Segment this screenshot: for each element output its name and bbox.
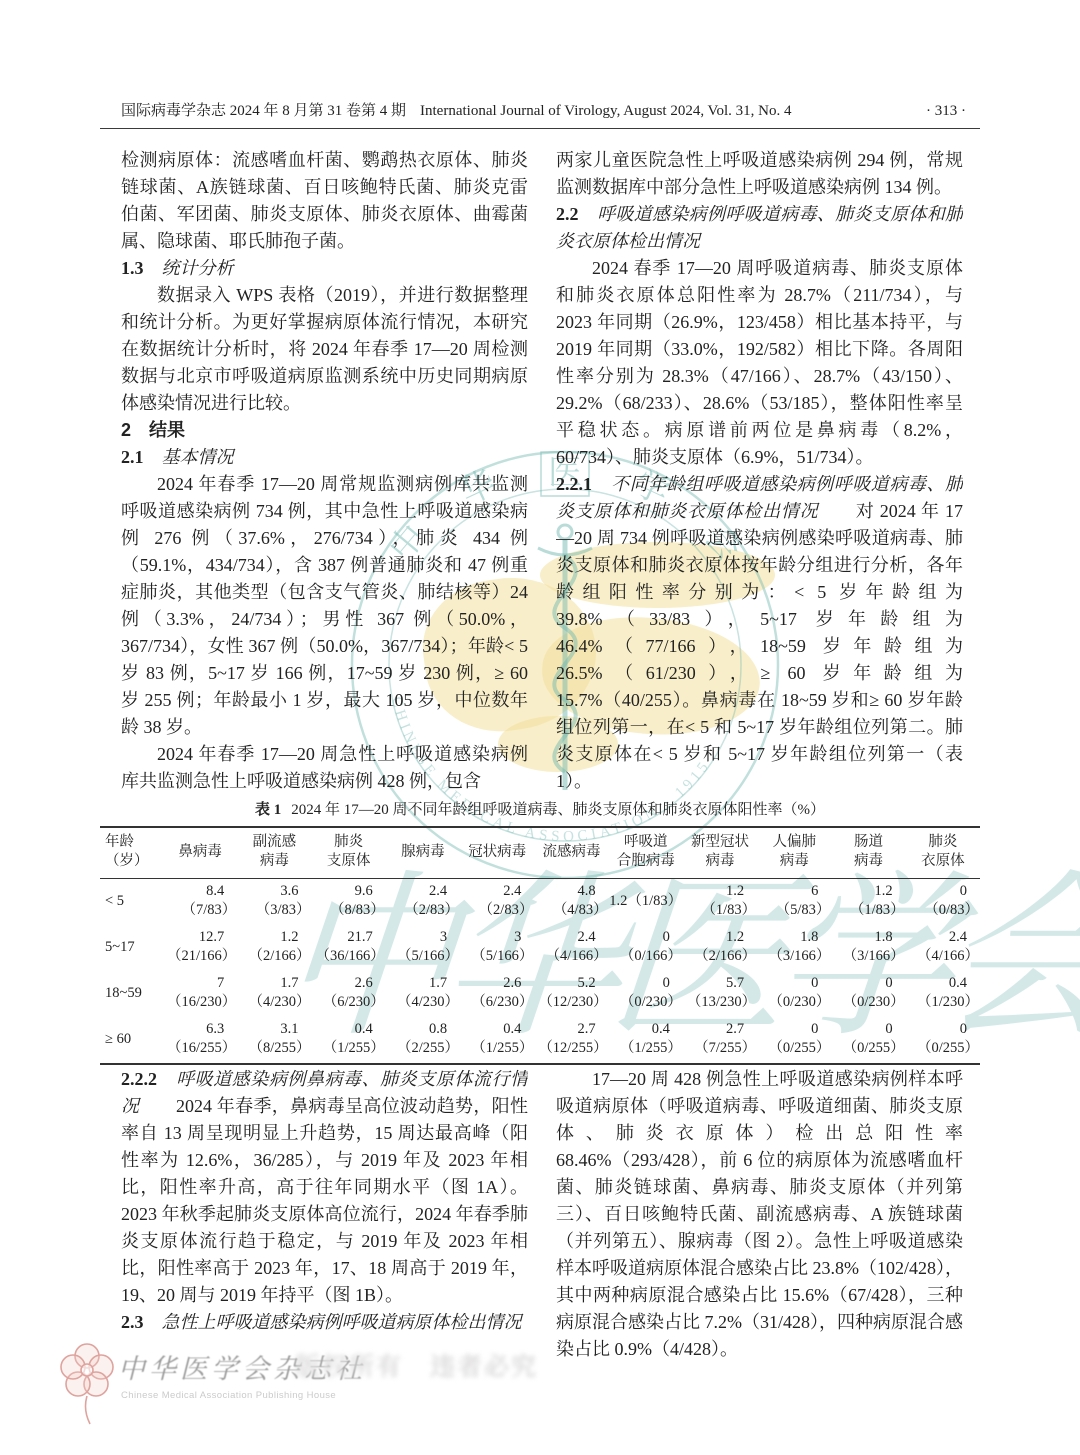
table-cell: 3（5/166） [460, 925, 534, 971]
table-row: 5~1712.7（21/166）1.2（2/166）21.7（36/166）3（… [100, 925, 980, 971]
text-run: 2024 春季 17—20 周呼吸道病毒、肺炎支原体和肺炎衣原体总阳性率为 28… [556, 258, 963, 467]
table-cell: 0（0/230） [757, 971, 831, 1017]
table-cell: 6（5/83） [757, 879, 831, 926]
table-cell: 2.4（4/166） [534, 925, 608, 971]
table-cell: 1.2（2/166） [237, 925, 311, 971]
section-heading: 2.1 基本情况 [121, 444, 528, 471]
paragraph: 2024 年春季 17—20 周常规监测病例库共监测呼吸道感染病例 734 例，… [121, 471, 528, 741]
column-header-line: 冠状病毒 [460, 843, 534, 862]
table-cell: 0（0/230） [609, 971, 683, 1017]
table-cell: 1.7（4/230） [386, 971, 460, 1017]
paragraph: 两家儿童医院急性上呼吸道感染病例 294 例，常规监测数据库中部分急性上呼吸道感… [556, 147, 963, 201]
journal-title-en: International Journal of Virology, Augus… [420, 103, 791, 120]
column-header-line: 病毒 [237, 852, 311, 871]
case-fraction: （1/83） [831, 901, 905, 920]
case-fraction: （2/83） [386, 901, 460, 920]
table-cell: 1.8（3/166） [831, 925, 905, 971]
section-title: 统计分析 [144, 258, 234, 278]
positivity-rate: 3 [460, 928, 534, 947]
table1-title: 表 12024 年 17—20 周不同年龄组呼吸道病毒、肺炎支原体和肺炎衣原体阳… [100, 798, 980, 819]
table-cell: 9.6（8/83） [312, 879, 386, 926]
case-fraction: （6/230） [460, 993, 534, 1012]
positivity-rate: 4.8 [534, 882, 608, 901]
paragraph: 2024 年春季 17—20 周急性上呼吸道感染病例库共监测急性上呼吸道感染病例… [121, 741, 528, 795]
positivity-rate: 5.2 [534, 974, 608, 993]
column-header-line: 病毒 [757, 852, 831, 871]
case-fraction: （1/83） [683, 901, 757, 920]
table-cell: 0（0/230） [831, 971, 905, 1017]
positivity-rate: 0 [831, 974, 905, 993]
column-header: 呼吸道合胞病毒 [609, 827, 683, 879]
positivity-rate: 21.7 [312, 928, 386, 947]
section-heading: 2 结果 [121, 417, 528, 444]
section-number: 1.3 [121, 258, 144, 278]
case-fraction: （12/230） [534, 993, 608, 1012]
section-heading: 1.3 统计分析 [121, 255, 528, 282]
positivity-rate: 1.2 [831, 882, 905, 901]
column-header-line: 年龄 [105, 833, 163, 852]
case-fraction: （8/255） [237, 1039, 311, 1058]
positivity-rate: 2.7 [683, 1020, 757, 1039]
positivity-rate: 1.8 [757, 928, 831, 947]
section-number: 2.2.1 [556, 474, 592, 494]
column-header-line: 新型冠状 [683, 833, 757, 852]
table-cell: 1.2（2/166） [683, 925, 757, 971]
column-header-line: 呼吸道 [609, 833, 683, 852]
positivity-rate: 0 [906, 1020, 980, 1039]
case-fraction: （2/255） [386, 1039, 460, 1058]
paragraph: 数据录入 WPS 表格（2019），并进行数据整理和统计分析。为更好掌握病原体流… [121, 282, 528, 417]
case-fraction: （8/83） [312, 901, 386, 920]
case-fraction: （0/230） [831, 993, 905, 1012]
right-column-top: 两家儿童医院急性上呼吸道感染病例 294 例，常规监测数据库中部分急性上呼吸道感… [556, 147, 963, 799]
table-cell: 0（0/255） [757, 1017, 831, 1064]
table-cell: 0（0/255） [831, 1017, 905, 1064]
table-cell: 4.8（4/83） [534, 879, 608, 926]
table-cell: 1.8（3/166） [757, 925, 831, 971]
table-cell: 0.8（2/255） [386, 1017, 460, 1064]
positivity-rate: 8.4 [163, 882, 237, 901]
positivity-rate: 7 [163, 974, 237, 993]
column-header: 肺炎支原体 [312, 827, 386, 879]
column-header: 副流感病毒 [237, 827, 311, 879]
positivity-rate: 3.6 [237, 882, 311, 901]
text-run: 检测病原体：流感嗜血杆菌、鹦鹉热衣原体、肺炎链球菌、A族链球菌、百日咳鲍特氏菌、… [121, 150, 528, 251]
case-fraction: （4/230） [386, 993, 460, 1012]
right-column-bottom: 17—20 周 428 例急性上呼吸道感染病例样本呼吸道病原体（呼吸道病毒、呼吸… [556, 1066, 963, 1398]
page-header: 国际病毒学杂志 2024 年 8 月第 31 卷第 4 期 Internatio… [100, 99, 980, 129]
positivity-rate: 1.2 [683, 928, 757, 947]
section-title: 急性上呼吸道感染病例呼吸道病原体检出情况 [144, 1312, 522, 1332]
column-header-line: 病毒 [683, 852, 757, 871]
column-header: 肺炎衣原体 [906, 827, 980, 879]
table-cell: 0.4（1/255） [460, 1017, 534, 1064]
case-fraction: （16/255） [163, 1039, 237, 1058]
table-cell: 3（5/166） [386, 925, 460, 971]
age-group-label: < 5 [100, 879, 163, 926]
table-cell: 2.6（6/230） [312, 971, 386, 1017]
flower-stem [86, 1396, 90, 1424]
case-fraction: （5/166） [460, 947, 534, 966]
positivity-rate: 2.6 [460, 974, 534, 993]
positivity-rate: 2.4 [534, 928, 608, 947]
table-cell: 0.4（1/230） [906, 971, 980, 1017]
case-fraction: （6/230） [312, 993, 386, 1012]
table-cell: 1.2（1/83） [609, 879, 683, 926]
case-fraction: （21/166） [163, 947, 237, 966]
journal-page: 中 华 医 学 会 CHINESE MEDICAL ASSOCIATION · … [0, 0, 1080, 1455]
positivity-rate: 0.4 [460, 1020, 534, 1039]
table-cell: 0（0/83） [906, 879, 980, 926]
section-heading: 2.2 呼吸道感染病例呼吸道病毒、肺炎支原体和肺炎衣原体检出情况 [556, 201, 963, 255]
positivity-rate: 0 [831, 1020, 905, 1039]
paragraph: 17—20 周 428 例急性上呼吸道感染病例样本呼吸道病原体（呼吸道病毒、呼吸… [556, 1066, 963, 1363]
column-header: 人偏肺病毒 [757, 827, 831, 879]
table-cell: 1.2（1/83） [683, 879, 757, 926]
case-fraction: （4/83） [534, 901, 608, 920]
text-run: 两家儿童医院急性上呼吸道感染病例 294 例，常规监测数据库中部分急性上呼吸道感… [556, 150, 963, 197]
text-run: 数据录入 WPS 表格（2019），并进行数据整理和统计分析。为更好掌握病原体流… [121, 285, 528, 413]
age-group-label: ≥ 60 [100, 1017, 163, 1064]
positivity-rate: 0 [609, 928, 683, 947]
positivity-rate: 0.4 [906, 974, 980, 993]
text-run: 2 结果 [121, 420, 185, 440]
paragraph: 2024 春季 17—20 周呼吸道病毒、肺炎支原体和肺炎衣原体总阳性率为 28… [556, 255, 963, 471]
positivity-rate: 2.6 [312, 974, 386, 993]
table-row: < 58.4（7/83）3.6（3/83）9.6（8/83）2.4（2/83）2… [100, 879, 980, 926]
section-heading: 2.2.1 不同年龄组呼吸道感染病例呼吸道病毒、肺炎支原体和肺炎衣原体检出情况 … [556, 471, 963, 795]
case-fraction: （36/166） [312, 947, 386, 966]
table1-section: 表 12024 年 17—20 周不同年龄组呼吸道病毒、肺炎支原体和肺炎衣原体阳… [100, 798, 980, 1065]
table-cell: 0（0/255） [906, 1017, 980, 1064]
positivity-rate: 1.8 [831, 928, 905, 947]
case-fraction: （0/83） [906, 901, 980, 920]
table-cell: 5.7（13/230） [683, 971, 757, 1017]
case-fraction: （5/166） [386, 947, 460, 966]
positivity-rate: 2.7 [534, 1020, 608, 1039]
case-fraction: （4/166） [534, 947, 608, 966]
journal-title-cn: 国际病毒学杂志 2024 年 8 月第 31 卷第 4 期 [121, 99, 406, 120]
table1-caption: 2024 年 17—20 周不同年龄组呼吸道病毒、肺炎支原体和肺炎衣原体阳性率（… [291, 802, 825, 818]
age-group-label: 18~59 [100, 971, 163, 1017]
case-fraction: （2/166） [237, 947, 311, 966]
case-fraction: （0/255） [757, 1039, 831, 1058]
positivity-rate: 3.1 [237, 1020, 311, 1039]
column-header-line: 合胞病毒 [609, 852, 683, 871]
case-fraction: （1/230） [906, 993, 980, 1012]
case-fraction: （0/230） [757, 993, 831, 1012]
section-title: 呼吸道感染病例呼吸道病毒、肺炎支原体和肺炎衣原体检出情况 [556, 204, 963, 251]
table1: 年龄（岁）鼻病毒副流感病毒肺炎支原体腺病毒冠状病毒流感病毒呼吸道合胞病毒新型冠状… [100, 826, 980, 1065]
case-fraction: （7/83） [163, 901, 237, 920]
text-run: 2024 年春季 17—20 周急性上呼吸道感染病例库共监测急性上呼吸道感染病例… [121, 744, 528, 791]
column-header-line: 鼻病毒 [163, 843, 237, 862]
case-fraction: （0/166） [609, 947, 683, 966]
table-cell: 3.1（8/255） [237, 1017, 311, 1064]
table-cell: 2.4（2/83） [386, 879, 460, 926]
text-run: 对 2024 年 17—20 周 734 例呼吸道感染病例感染呼吸道病毒、肺炎支… [556, 501, 963, 791]
column-header: 新型冠状病毒 [683, 827, 757, 879]
positivity-rate: 2.4 [460, 882, 534, 901]
case-fraction: （7/255） [683, 1039, 757, 1058]
paragraph: 检测病原体：流感嗜血杆菌、鹦鹉热衣原体、肺炎链球菌、A族链球菌、百日咳鲍特氏菌、… [121, 147, 528, 255]
column-header-line: 副流感 [237, 833, 311, 852]
age-group-label: 5~17 [100, 925, 163, 971]
table-cell: 0.4（1/255） [312, 1017, 386, 1064]
case-fraction: （2/166） [683, 947, 757, 966]
positivity-rate: 2.4 [386, 882, 460, 901]
table-cell: 2.7（7/255） [683, 1017, 757, 1064]
section-title: 基本情况 [144, 447, 234, 467]
positivity-rate: 9.6 [312, 882, 386, 901]
table-cell: 3.6（3/83） [237, 879, 311, 926]
positivity-rate: 0 [609, 974, 683, 993]
case-fraction: （0/230） [609, 993, 683, 1012]
case-fraction: （1/255） [312, 1039, 386, 1058]
case-fraction: （3/166） [757, 947, 831, 966]
positivity-rate: 1.2 [683, 882, 757, 901]
table-cell: 6.3（16/255） [163, 1017, 237, 1064]
table-row: ≥ 606.3（16/255）3.1（8/255）0.4（1/255）0.8（2… [100, 1017, 980, 1064]
section-heading: 2.3 急性上呼吸道感染病例呼吸道病原体检出情况 [121, 1309, 528, 1336]
table-cell: 2.7（12/255） [534, 1017, 608, 1064]
column-header-line: 支原体 [312, 852, 386, 871]
column-header: 冠状病毒 [460, 827, 534, 879]
case-fraction: （0/255） [831, 1039, 905, 1058]
column-header-line: 流感病毒 [534, 843, 608, 862]
table-cell: 2.4（4/166） [906, 925, 980, 971]
column-header: 腺病毒 [386, 827, 460, 879]
column-header: 肠道病毒 [831, 827, 905, 879]
table1-label: 表 1 [255, 802, 281, 818]
positivity-rate: 5.7 [683, 974, 757, 993]
table-cell: 1.2（1/83） [831, 879, 905, 926]
section-heading: 2.2.2 呼吸道感染病例鼻病毒、肺炎支原体流行情况 2024 年春季，鼻病毒呈… [121, 1066, 528, 1309]
column-header-line: 腺病毒 [386, 843, 460, 862]
positivity-rate: 1.7 [386, 974, 460, 993]
positivity-rate: 1.7 [237, 974, 311, 993]
positivity-rate: 3 [386, 928, 460, 947]
case-fraction: （1/255） [460, 1039, 534, 1058]
body-top-columns: 检测病原体：流感嗜血杆菌、鹦鹉热衣原体、肺炎链球菌、A族链球菌、百日咳鲍特氏菌、… [121, 147, 963, 799]
table-cell: 12.7（21/166） [163, 925, 237, 971]
left-column-top: 检测病原体：流感嗜血杆菌、鹦鹉热衣原体、肺炎链球菌、A族链球菌、百日咳鲍特氏菌、… [121, 147, 528, 799]
table-cell: 0（0/166） [609, 925, 683, 971]
case-fraction: （0/255） [906, 1039, 980, 1058]
table-cell: 2.4（2/83） [460, 879, 534, 926]
column-header-line: 病毒 [831, 852, 905, 871]
positivity-rate: 0 [757, 974, 831, 993]
section-number: 2.1 [121, 447, 144, 467]
positivity-rate: 6 [757, 882, 831, 901]
table-header-row: 年龄（岁）鼻病毒副流感病毒肺炎支原体腺病毒冠状病毒流感病毒呼吸道合胞病毒新型冠状… [100, 827, 980, 879]
text-run: 17—20 周 428 例急性上呼吸道感染病例样本呼吸道病原体（呼吸道病毒、呼吸… [556, 1069, 963, 1359]
column-header-line: 人偏肺 [757, 833, 831, 852]
text-run: 2024 年春季 17—20 周常规监测病例库共监测呼吸道感染病例 734 例，… [121, 474, 528, 737]
column-header-line: 衣原体 [906, 852, 980, 871]
column-header-line: 肺炎 [906, 833, 980, 852]
positivity-rate: 0 [906, 882, 980, 901]
positivity-rate: 0.4 [312, 1020, 386, 1039]
case-fraction: （5/83） [757, 901, 831, 920]
column-header-line: （岁） [105, 852, 163, 871]
positivity-rate: 12.7 [163, 928, 237, 947]
column-header: 鼻病毒 [163, 827, 237, 879]
positivity-rate: 1.2 [237, 928, 311, 947]
column-header-line: 肺炎 [312, 833, 386, 852]
table-cell: 2.6（6/230） [460, 971, 534, 1017]
case-fraction: （13/230） [683, 993, 757, 1012]
plum-blossom-logo [56, 1342, 118, 1426]
positivity-rate: 2.4 [906, 928, 980, 947]
positivity-rate: 0.4 [609, 1020, 683, 1039]
case-fraction: （2/83） [460, 901, 534, 920]
positivity-rate: 0 [757, 1020, 831, 1039]
positivity-rate: 0.8 [386, 1020, 460, 1039]
case-fraction: （1/255） [609, 1039, 683, 1058]
column-header: 流感病毒 [534, 827, 608, 879]
column-header-line: 肠道 [831, 833, 905, 852]
table-cell: 21.7（36/166） [312, 925, 386, 971]
text-run: 2024 年春季，鼻病毒呈高位波动趋势，阳性率自 13 周呈现明显上升趋势，15… [121, 1096, 528, 1305]
case-fraction: （4/166） [906, 947, 980, 966]
section-number: 2.2 [556, 204, 579, 224]
case-fraction: （3/83） [237, 901, 311, 920]
case-fraction: （12/255） [534, 1039, 608, 1058]
page-number: · 313 · [926, 103, 966, 120]
section-number: 2.3 [121, 1312, 144, 1332]
positivity-rate: 6.3 [163, 1020, 237, 1039]
case-fraction: （3/166） [831, 947, 905, 966]
case-fraction: （4/230） [237, 993, 311, 1012]
table-cell: 5.2（12/230） [534, 971, 608, 1017]
table-row: 18~597（16/230）1.7（4/230）2.6（6/230）1.7（4/… [100, 971, 980, 1017]
left-column-bottom: 2.2.2 呼吸道感染病例鼻病毒、肺炎支原体流行情况 2024 年春季，鼻病毒呈… [121, 1066, 528, 1398]
body-bottom-columns: 2.2.2 呼吸道感染病例鼻病毒、肺炎支原体流行情况 2024 年春季，鼻病毒呈… [121, 1066, 963, 1398]
section-number: 2.2.2 [121, 1069, 157, 1089]
table-cell: 7（16/230） [163, 971, 237, 1017]
case-fraction: （16/230） [163, 993, 237, 1012]
column-header: 年龄（岁） [100, 827, 163, 879]
table-cell: 1.7（4/230） [237, 971, 311, 1017]
table-cell: 8.4（7/83） [163, 879, 237, 926]
table-cell: 0.4（1/255） [609, 1017, 683, 1064]
